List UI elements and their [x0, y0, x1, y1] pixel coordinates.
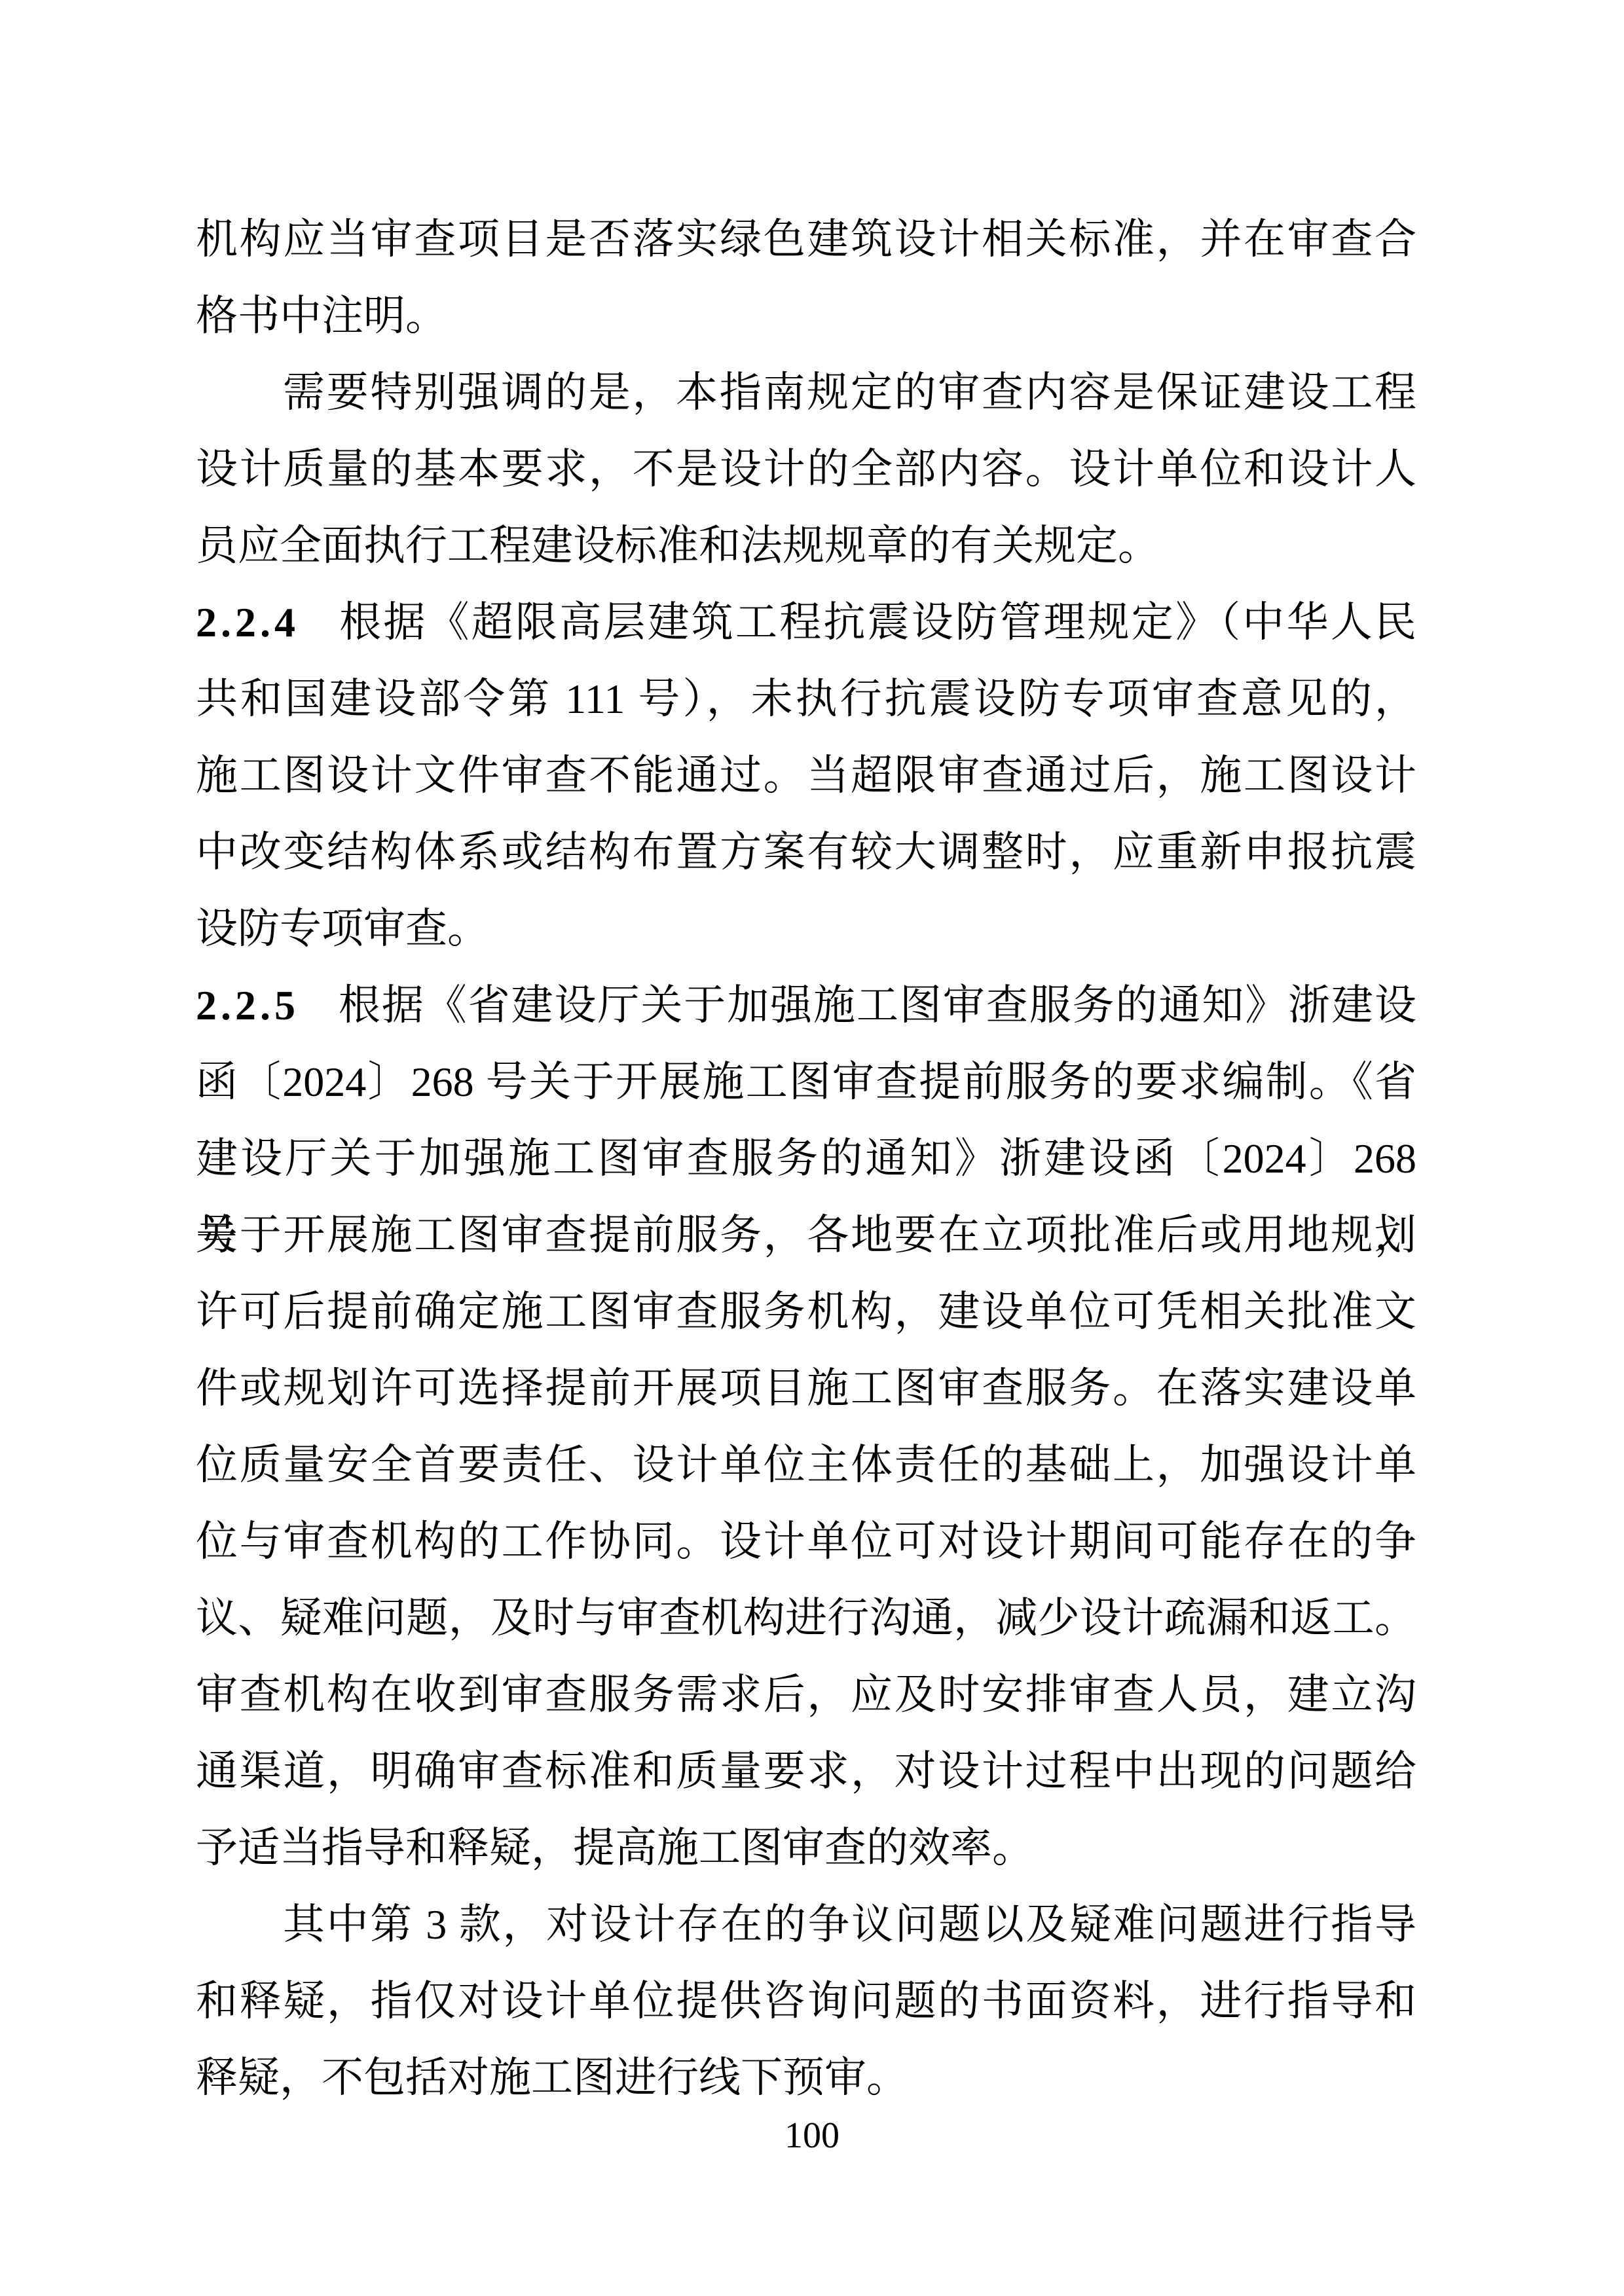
section-heading-text: 根据《省建设厅关于加强施工图审查服务的通知》浙建设 [337, 982, 1416, 1029]
text-line: 通渠道，明确审查标准和质量要求，对设计过程中出现的问题给 [196, 1733, 1416, 1810]
text-line: 位与审查机构的工作协同。设计单位可对设计期间可能存在的争 [196, 1503, 1416, 1580]
text-line: 机构应当审查项目是否落实绿色建筑设计相关标准，并在审查合 [196, 201, 1416, 278]
section-heading-text: 根据《超限高层建筑工程抗震设防管理规定》（中华人民 [337, 599, 1416, 646]
text-line: 设防专项审查。 [196, 890, 1416, 967]
text-line: 予适当指导和释疑，提高施工图审查的效率。 [196, 1810, 1416, 1886]
text-line: 审查机构在收到审查服务需求后，应及时安排审查人员，建立沟 [196, 1656, 1416, 1733]
text-line: 格书中注明。 [196, 278, 1416, 354]
page-number: 100 [0, 2117, 1624, 2154]
text-line: 关于开展施工图审查提前服务，各地要在立项批准后或用地规划 [196, 1197, 1416, 1273]
text-line: 其中第 3 款，对设计存在的争议问题以及疑难问题进行指导 [196, 1886, 1416, 1963]
text-line: 建设厅关于加强施工图审查服务的通知》浙建设函〔2024〕268 号， [196, 1120, 1416, 1197]
body-text: 机构应当审查项目是否落实绿色建筑设计相关标准，并在审查合 格书中注明。 需要特别… [196, 201, 1416, 2116]
text-line: 共和国建设部令第 111 号），未执行抗震设防专项审查意见的， [196, 661, 1416, 737]
text-line-section-2-2-4: 2.2.4根据《超限高层建筑工程抗震设防管理规定》（中华人民 [196, 584, 1416, 661]
text-line: 和释疑，指仅对设计单位提供咨询问题的书面资料，进行指导和 [196, 1963, 1416, 2039]
text-line: 中改变结构体系或结构布置方案有较大调整时，应重新申报抗震 [196, 814, 1416, 890]
text-line: 设计质量的基本要求，不是设计的全部内容。设计单位和设计人 [196, 431, 1416, 507]
document-page: 机构应当审查项目是否落实绿色建筑设计相关标准，并在审查合 格书中注明。 需要特别… [0, 0, 1624, 2296]
text-line: 施工图设计文件审查不能通过。当超限审查通过后，施工图设计 [196, 737, 1416, 814]
text-line: 许可后提前确定施工图审查服务机构，建设单位可凭相关批准文 [196, 1273, 1416, 1350]
section-number: 2.2.4 [196, 599, 299, 646]
text-line-section-2-2-5: 2.2.5根据《省建设厅关于加强施工图审查服务的通知》浙建设 [196, 967, 1416, 1044]
section-number: 2.2.5 [196, 982, 299, 1029]
text-line: 需要特别强调的是，本指南规定的审查内容是保证建设工程 [196, 354, 1416, 431]
text-line: 位质量安全首要责任、设计单位主体责任的基础上，加强设计单 [196, 1427, 1416, 1503]
text-line: 议、疑难问题，及时与审查机构进行沟通，减少设计疏漏和返工。 [196, 1580, 1416, 1656]
text-line: 释疑，不包括对施工图进行线下预审。 [196, 2039, 1416, 2116]
text-line: 件或规划许可选择提前开展项目施工图审查服务。在落实建设单 [196, 1350, 1416, 1427]
text-line: 员应全面执行工程建设标准和法规规章的有关规定。 [196, 507, 1416, 584]
text-line: 函〔2024〕268 号关于开展施工图审查提前服务的要求编制。《省 [196, 1044, 1416, 1120]
